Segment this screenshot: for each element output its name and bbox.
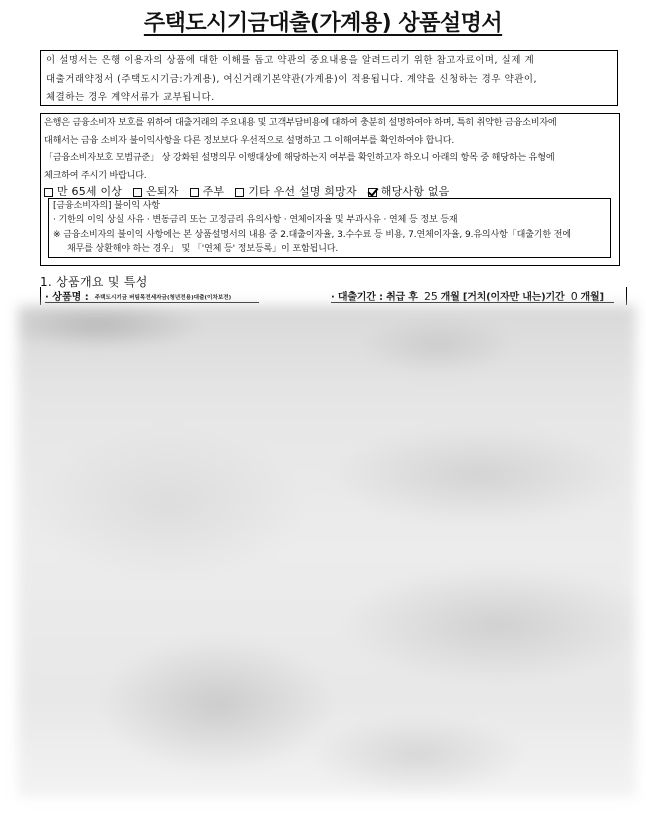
disadvantage-box: [금융소비자의] 불이익 사항 · 기한의 이익 상실 사유 · 변동금리 또는… [48,198,611,258]
document-title: 주택도시기금대출(가계용) 상품설명서 [0,6,646,37]
grace-period-unit: 개월] [581,292,604,303]
loan-period-unit: 개월 [441,292,460,303]
loan-period-label: · 대출기간 : 취급 후 [331,292,418,303]
disadvantage-note-cont: 채무를 상환해야 하는 경우」 및 「'연체 등' 정보등록」이 포함됩니다. [53,242,606,256]
consumer-protection-box: 은행은 금융소비자 보호를 위하여 대출거래의 주요내용 및 고객부담비용에 대… [40,113,620,266]
intro-line: 대출거래약정서 (주택도시기금:가계용), 여신거래기본약관(가계용)이 적용됩… [46,71,612,90]
checkbox-icon[interactable] [235,188,244,197]
checkbox-icon[interactable] [190,188,199,197]
disadvantage-note: ※ 금융소비자의 불이익 사항에는 본 상품설명서의 내용 중 2.대출이자율,… [53,228,606,242]
intro-line: 체결하는 경우 계약서류가 교부됩니다. [46,89,612,106]
grace-period-months: 0 [571,290,578,303]
loan-period: · 대출기간 : 취급 후 25개월 [거치(이자만 내는)기간 0개월] [331,288,614,303]
protection-line: 대해서는 금융 소비자 불이익사항을 다른 정보보다 우선적으로 설명하고 그 … [44,133,616,151]
disadvantage-heading: [금융소비자의] 불이익 사항 [53,199,606,213]
grace-period-label: [거치(이자만 내는)기간 [463,292,565,303]
checked-checkbox-icon[interactable] [368,188,377,197]
product-name: · 상품명 :주택도시기금 버팀목전세자금(청년전용)대출(이차보전) [45,288,259,303]
protection-line: 「금융소비자보호 모범규준」 상 강화된 설명의무 이행대상에 해당하는지 여부… [44,150,616,168]
checkbox-icon[interactable] [44,188,53,197]
intro-notice-box: 이 설명서는 은행 이용자의 상품에 대한 이해를 돕고 약관의 중요내용을 알… [40,50,618,106]
blurred-content-region [18,305,636,797]
loan-period-months: 25 [424,290,438,303]
product-name-value: 주택도시기금 버팀목전세자금(청년전용)대출(이차보전) [95,295,231,301]
disadvantage-items: · 기한의 이익 상실 사유 · 변동금리 또는 고정금리 유의사항 · 연체이… [53,213,606,227]
checkbox-icon[interactable] [133,188,142,197]
protection-line: 은행은 금융소비자 보호를 위하여 대출거래의 주요내용 및 고객부담비용에 대… [44,115,616,133]
product-summary-row: · 상품명 :주택도시기금 버팀목전세자금(청년전용)대출(이차보전) · 대출… [40,287,627,305]
protection-line: 체크하여 주시기 바랍니다. [44,168,616,186]
intro-line: 이 설명서는 은행 이용자의 상품에 대한 이해를 돕고 약관의 중요내용을 알… [46,52,612,71]
product-name-label: · 상품명 : [45,292,89,303]
